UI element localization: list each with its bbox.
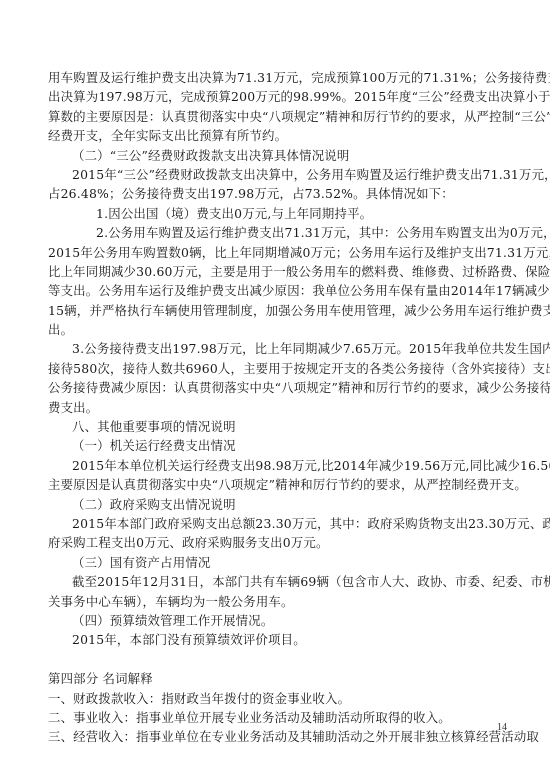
document-page: 用车购置及运行维护费支出决算为71.31万元，完成预算100万元的71.31%；…: [48, 68, 513, 747]
text-line: 用车购置及运行维护费支出决算为71.31万元，完成预算100万元的71.31%；…: [48, 68, 513, 87]
text-line: 2015年本单位机关运行经费支出98.98万元,比2014年减少19.56万元,…: [48, 456, 513, 475]
subsection-heading: （一）机关运行经费支出情况: [48, 436, 513, 455]
text-line: 公务接待费减少原因：认真贯彻落实中央“八项规定”精神和厉行节约的要求，减少公务接…: [48, 378, 513, 397]
text-line: 截至2015年12月31日，本部门共有车辆69辆（包含市人大、政协、市委、纪委、…: [48, 572, 513, 591]
text-line: 算数的主要原因是：认真贯彻落实中央“八项规定”精神和厉行节约的要求，从严控制“三…: [48, 107, 513, 126]
text-line: 关事务中心车辆），车辆均为一般公务用车。: [48, 592, 513, 611]
text-line: 占26.48%；公务接待费支出197.98万元，占73.52%。具体情况如下：: [48, 184, 513, 203]
text-line: 2015年“三公”经费财政拨款支出决算中，公务用车购置及运行维护费支出71.31…: [48, 165, 513, 184]
text-line: 费支出。: [48, 398, 513, 417]
text-line: 等支出。公务用车运行及维护费支出减少原因：我单位公务用车保有量由2014年17辆…: [48, 281, 513, 300]
definition-item: 二、事业收入：指事业单位开展专业业务活动及辅助活动所取得的收入。: [48, 708, 513, 727]
definition-item: 一、财政拨款收入：指财政当年拨付的资金事业收入。: [48, 689, 513, 708]
list-item: 1.因公出国（境）费支出0万元,与上年同期持平。: [48, 204, 513, 223]
text-line: 府采购工程支出0万元、政府采购服务支出0万元。: [48, 533, 513, 552]
text-line: 2015年，本部门没有预算绩效评价项目。: [48, 630, 513, 649]
page-number: 14: [497, 722, 507, 733]
text-line: 15辆，并严格执行车辆使用管理制度，加强公务用车使用管理，减少公务用车运行维护费…: [48, 301, 513, 320]
text-line: 主要原因是认真贯彻落实中央“八项规定”精神和厉行节约的要求，从严控制经费开支。: [48, 475, 513, 494]
subsection-heading: （四）预算绩效管理工作开展情况。: [48, 611, 513, 630]
list-item: 2.公务用车购置及运行维护费支出71.31万元，其中：公务用车购置支出为0万元，: [48, 223, 513, 242]
part-heading: 第四部分 名词解释: [48, 669, 513, 688]
section-heading: 八、其他重要事项的情况说明: [48, 417, 513, 436]
text-line: 2015年本部门政府采购支出总额23.30万元，其中：政府采购货物支出23.30…: [48, 514, 513, 533]
text-line: 出。: [48, 320, 513, 339]
text-line: 比上年同期减少30.60万元，主要是用于一般公务用车的燃料费、维修费、过桥路费、…: [48, 262, 513, 281]
text-line: 出决算为197.98万元，完成预算200万元的98.99%。2015年度“三公”…: [48, 87, 513, 106]
blank-line: [48, 650, 513, 669]
text-line: 2015年公务用车购置数0辆，比上年同期增减0万元；公务用车运行及维护支出71.…: [48, 243, 513, 262]
list-item: 3.公务接待费支出197.98万元，比上年同期减少7.65万元。2015年我单位…: [48, 339, 513, 358]
text-line: 经费开支，全年实际支出比预算有所节约。: [48, 126, 513, 145]
subsection-heading: （三）国有资产占用情况: [48, 553, 513, 572]
subsection-heading: （二）政府采购支出情况说明: [48, 495, 513, 514]
definition-item: 三、经营收入：指事业单位在专业业务活动及其辅助活动之外开展非独立核算经营活动取: [48, 727, 513, 746]
text-line: 接待580次，接待人数共6960人，主要用于按规定开支的各类公务接待（含外宾接待…: [48, 359, 513, 378]
section-heading: （二）“三公”经费财政拨款支出决算具体情况说明: [48, 146, 513, 165]
